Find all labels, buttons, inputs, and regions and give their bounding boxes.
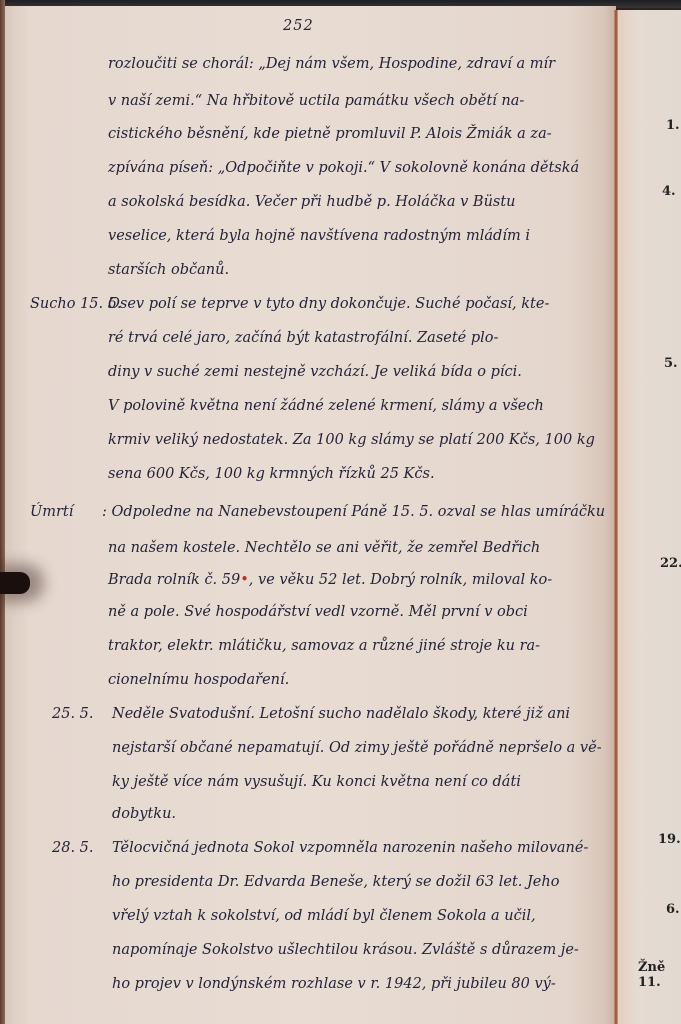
- text-line: dobytku.: [112, 806, 604, 822]
- text-line: ky ještě více nám vysušují. Ku konci kvě…: [112, 774, 604, 790]
- text-line: napomínaje Sokolstvo ušlechtilou krásou.…: [112, 942, 604, 958]
- text-line: veselice, která byla hojně navštívena ra…: [108, 228, 600, 244]
- text-line: cistického běsnění, kde pietně promluvil…: [108, 126, 600, 142]
- margin-label: Sucho 15. 5.: [30, 296, 122, 312]
- right-page-note: 1.: [666, 118, 680, 133]
- text-line: v naší zemi.“ Na hřbitově uctila památku…: [108, 93, 600, 109]
- text-line: ho presidenta Dr. Edvarda Beneše, který …: [112, 874, 604, 890]
- text-line: zpívána píseň: „Odpočiňte v pokoji.“ V s…: [108, 160, 600, 176]
- left-binding: [0, 0, 5, 1024]
- red-mark: •: [240, 572, 249, 588]
- margin-label: 25. 5.: [52, 706, 94, 722]
- text-line: Osev polí se teprve v tyto dny dokončuje…: [108, 296, 600, 312]
- right-page-note: 5.: [664, 356, 678, 371]
- text-line: Neděle Svatodušní. Letošní sucho nadělal…: [112, 706, 604, 722]
- text-line: sena 600 Kčs, 100 kg krmných řízků 25 Kč…: [108, 466, 600, 482]
- right-page-note: 22.: [660, 556, 681, 571]
- right-page: [618, 10, 681, 1024]
- text-line: Tělocvičná jednota Sokol vzpomněla naroz…: [112, 840, 604, 856]
- right-page-note: 19.: [658, 832, 681, 847]
- text-line: krmiv veliký nedostatek. Za 100 kg slámy…: [108, 432, 600, 448]
- right-page-note: Žně 11.: [638, 960, 681, 990]
- text-line: diny v suché zemi nestejně vzchází. Je v…: [108, 364, 600, 380]
- text-line: ně a pole. Své hospodářství vedl vzorně.…: [108, 604, 600, 620]
- text-line: na našem kostele. Nechtělo se ani věřit,…: [108, 540, 600, 556]
- margin-label: Úmrtí: [30, 504, 73, 520]
- margin-label: 28. 5.: [52, 840, 94, 856]
- text-line: V polovině května není žádné zelené krme…: [108, 398, 600, 414]
- text-line: nejstarší občané nepamatují. Od zimy ješ…: [112, 740, 604, 756]
- text-line: vřelý vztah k sokolství, od mládí byl čl…: [112, 908, 604, 924]
- text-line: ré trvá celé jaro, začíná být katastrofá…: [108, 330, 600, 346]
- page-clip: [0, 572, 30, 594]
- right-page-note: 4.: [662, 184, 676, 199]
- text-line: starších občanů.: [108, 262, 600, 278]
- text-line: ho projev v londýnském rozhlase v r. 194…: [112, 976, 604, 992]
- page-number: 252: [283, 18, 314, 34]
- text-line: Brada rolník č. 59•, ve věku 52 let. Dob…: [108, 572, 600, 588]
- text-line: traktor, elektr. mlátičku, samovaz a růz…: [108, 638, 600, 654]
- right-page-note: 6.: [666, 902, 680, 917]
- text-line: cionelnímu hospodaření.: [108, 672, 600, 688]
- text-line: rozloučiti se chorál: „Dej nám všem, Hos…: [108, 56, 600, 72]
- text-line: a sokolská besídka. Večer při hudbě p. H…: [108, 194, 600, 210]
- text-line: : Odpoledne na Nanebevstoupení Páně 15. …: [102, 504, 594, 520]
